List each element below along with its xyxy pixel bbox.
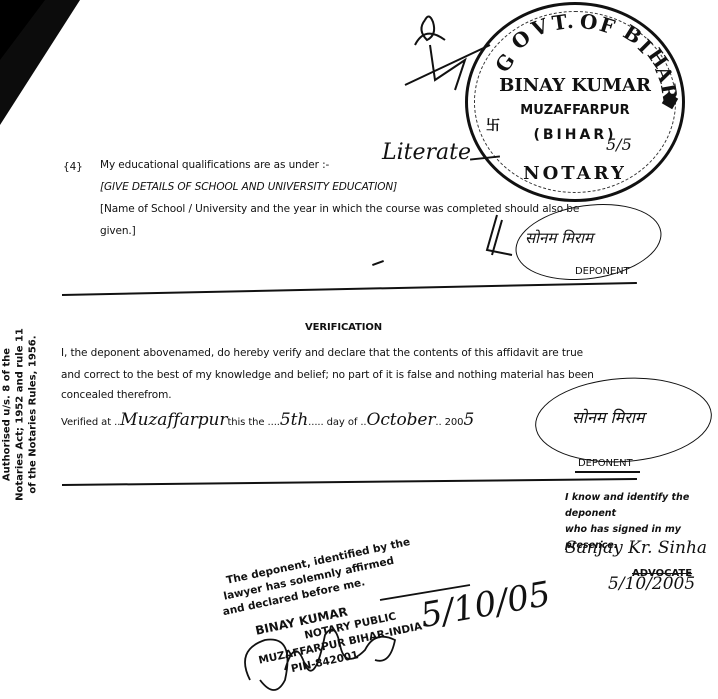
deponent-signature-2: सोनम मिराम (572, 406, 644, 428)
verification-heading: VERIFICATION (305, 321, 382, 334)
swastika-icon: 卐 (486, 115, 500, 135)
stamp-handwritten: 5/5 (606, 135, 632, 154)
verified-month: October (367, 410, 436, 430)
stamp-city: MUZAFFARPUR (468, 103, 682, 118)
deponent-underline (575, 471, 640, 473)
stray-mark (372, 260, 384, 266)
verification-line-1: I, the deponent abovenamed, do hereby ve… (61, 347, 583, 360)
stamp-state: (BIHAR) (468, 127, 682, 143)
stamp-bottom: NOTARY (468, 163, 682, 184)
verification-line-2: and correct to the best of my knowledge … (61, 369, 594, 382)
stamp-name: BINAY KUMAR (468, 75, 682, 96)
handwritten-answer: Literate (382, 140, 471, 165)
verified-at-row: Verified at ..Muzaffarpurthis the ....5t… (61, 414, 474, 429)
verification-line-3: concealed therefrom. (61, 389, 171, 402)
deponent-label: DEPONENT (575, 265, 630, 278)
section-number: {4} (63, 161, 83, 174)
scan-shadow-dark (0, 0, 45, 60)
advocate-signature: Sanjay Kr. Sinha (565, 538, 707, 558)
govt-notary-stamp: G O V T. O F B I H A R BINAY KUMAR MUZAF… (465, 2, 685, 202)
advocate-date: 5/10/2005 (608, 574, 695, 594)
deponent-signature: सोनम मिराम (525, 228, 593, 248)
notarial-authority-note: Authorised u/s. 8 of the Notaries Act; 1… (1, 285, 40, 545)
verified-day: 5th (280, 410, 308, 430)
verified-place: Muzaffarpur (120, 410, 227, 430)
section-divider (62, 282, 637, 296)
instruction-detail-end: given.] (100, 225, 136, 238)
scribble-mark (482, 210, 522, 260)
instruction-line: [GIVE DETAILS OF SCHOOL AND UNIVERSITY E… (100, 181, 397, 194)
qualifications-line: My educational qualifications are as und… (100, 159, 329, 172)
deponent-label-2: DEPONENT (578, 457, 633, 470)
verification-divider (62, 478, 637, 486)
verified-year: 5 (463, 410, 474, 430)
